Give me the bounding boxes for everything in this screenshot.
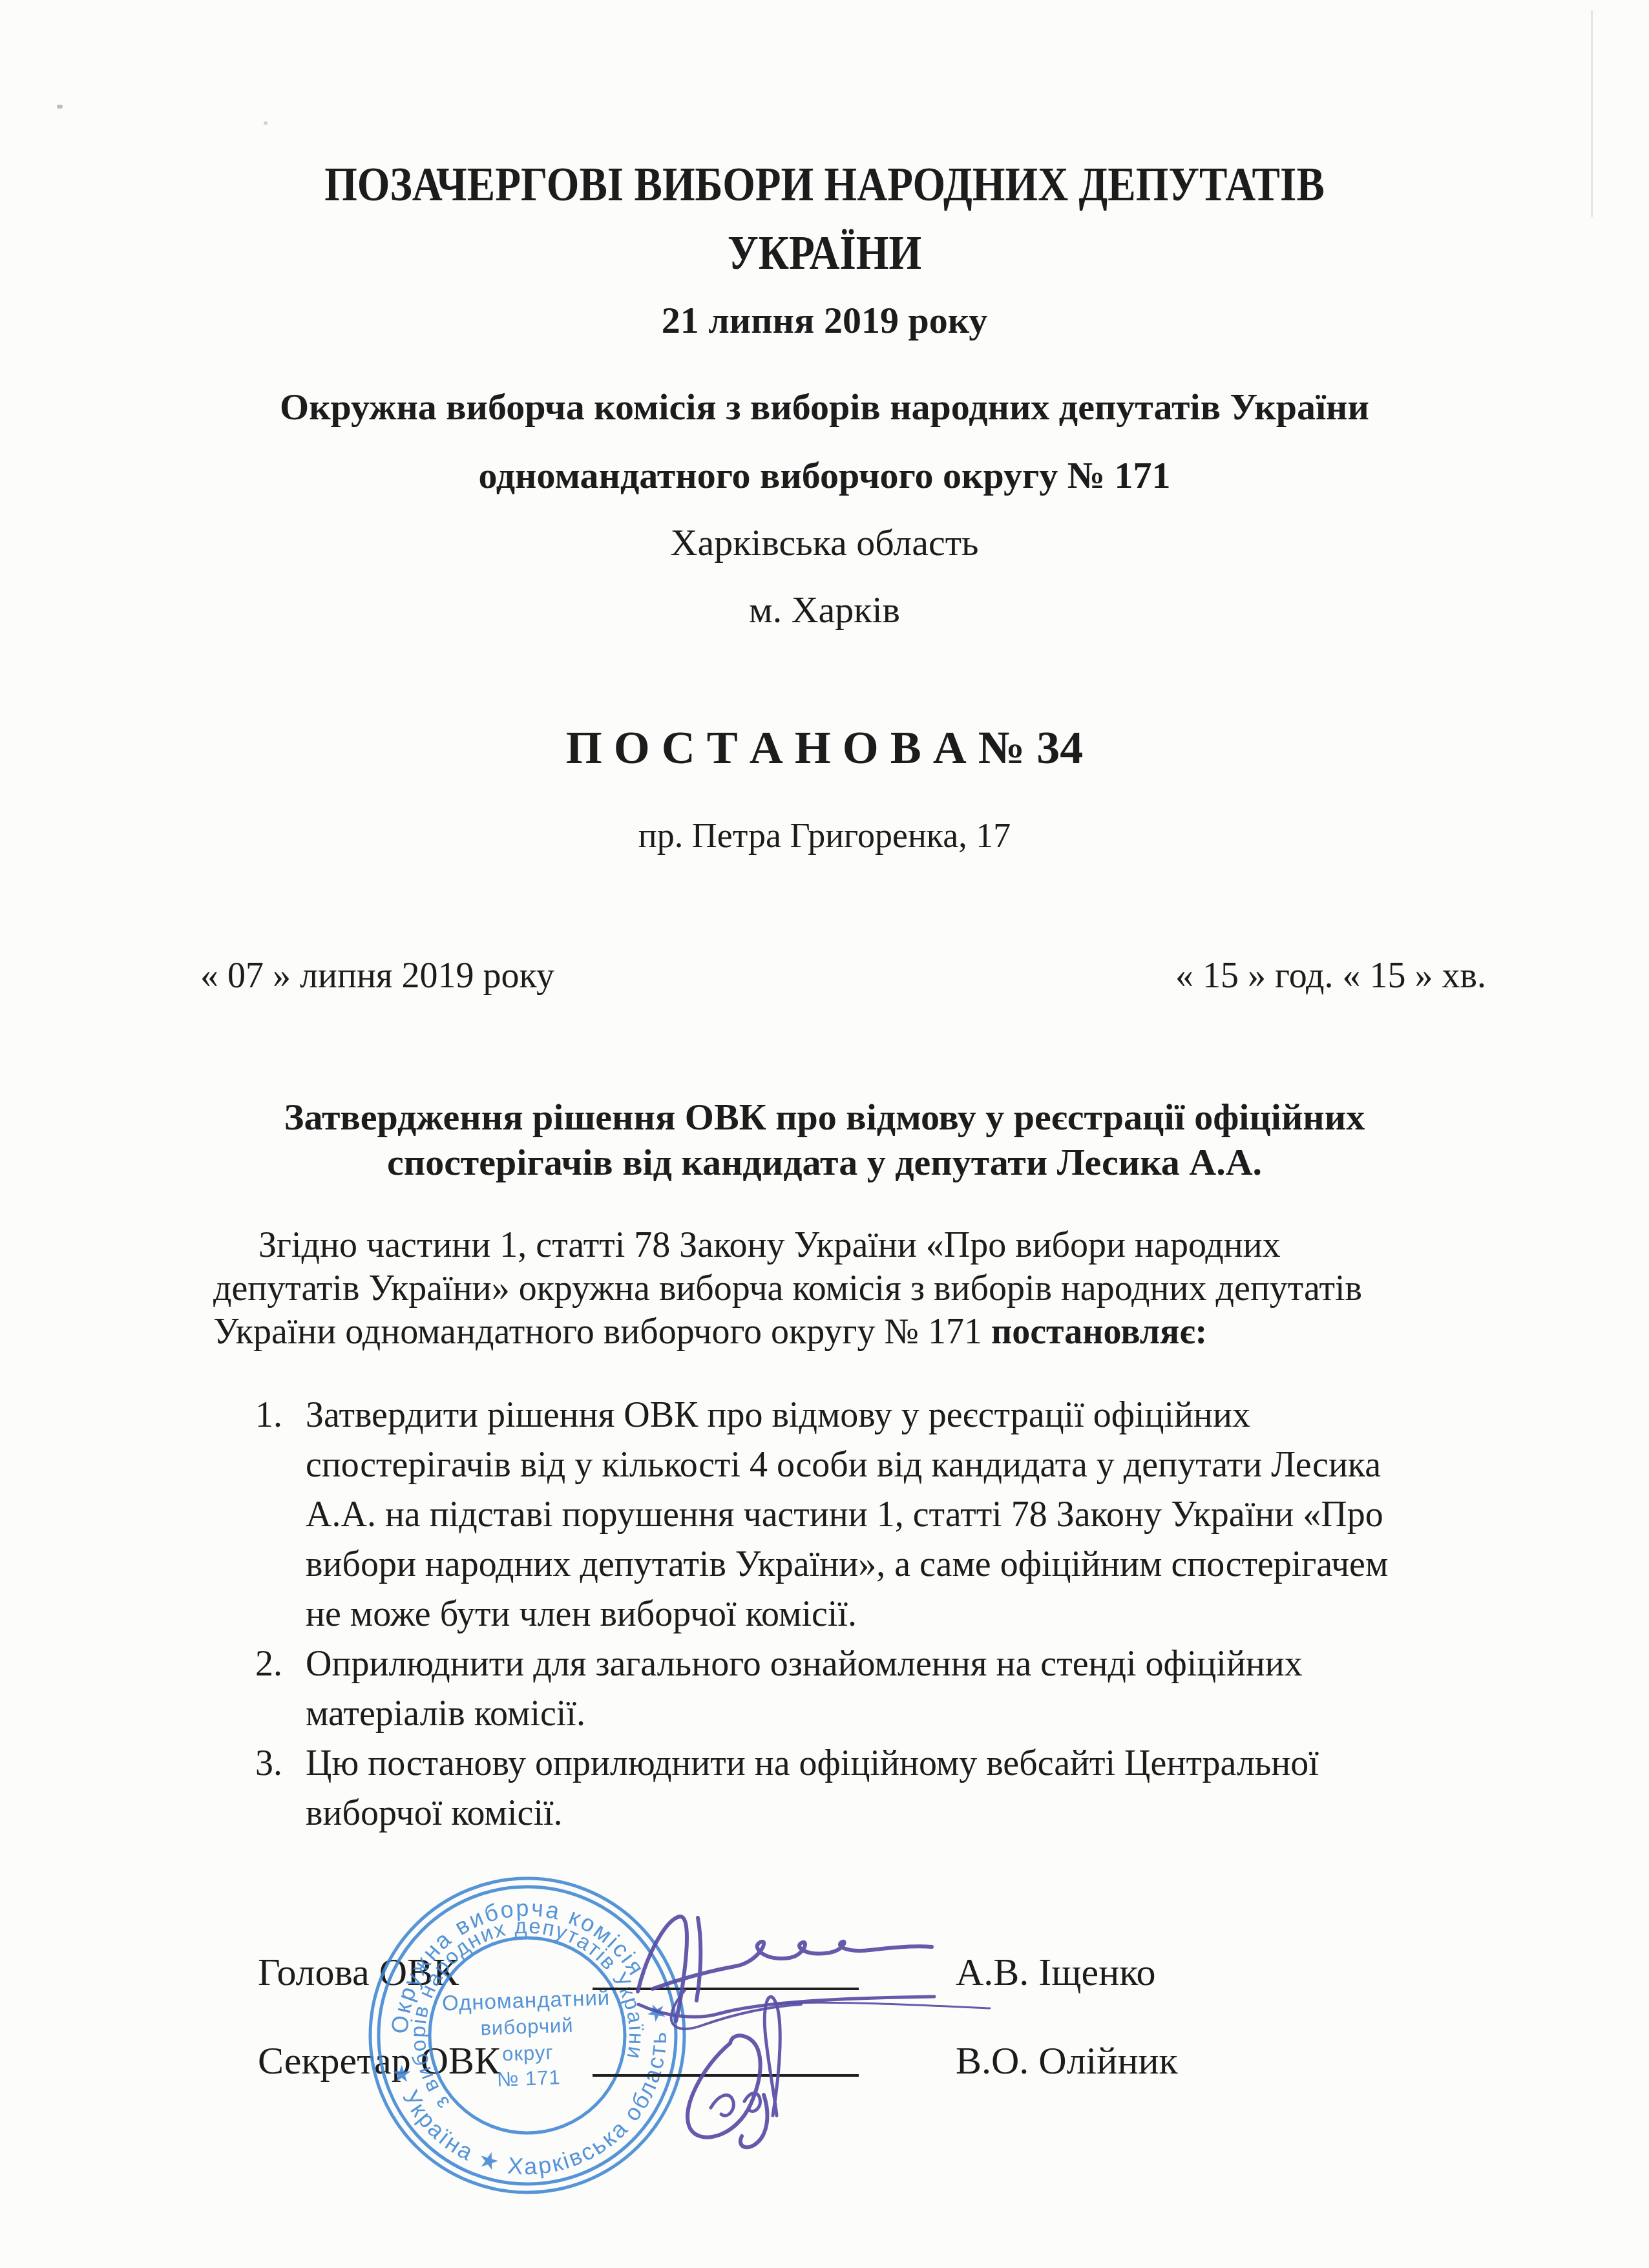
list-item-1-line-2: спостерігачів від у кількості 4 особи ві… (255, 1440, 1457, 1490)
stamp-center-line-1: Одномандатний (441, 1986, 610, 2015)
signature-ink-secretary (688, 1997, 990, 2147)
document-time: « 15 » год. « 15 » хв. (1175, 955, 1486, 996)
intro-line-3-text: України одномандатного виборчого округу … (213, 1312, 982, 1352)
list-item-1: 1.Затвердити рішення ОВК про відмову у р… (255, 1391, 1457, 1440)
list-item-3-number: 3. (255, 1739, 282, 1789)
list-item-3-line-1: Цю постанову оприлюднити на офіційному в… (306, 1743, 1319, 1783)
scanned-document-page: { "doc": { "header": { "line1": "ПОЗАЧЕР… (0, 0, 1649, 2268)
list-item-1-line-3: А.А. на підставі порушення частини 1, ст… (255, 1490, 1457, 1540)
election-date-line: 21 липня 2019 року (0, 299, 1649, 342)
list-item-1-line-5: не може бути член виборчої комісії. (255, 1590, 1457, 1639)
subject-line-2: спостерігачів від кандидата у депутати Л… (0, 1140, 1649, 1185)
list-item-1-line-4: вибори народних депутатів України», а са… (255, 1540, 1457, 1590)
region-line: Харківська область (0, 521, 1649, 564)
list-item-2-number: 2. (255, 1639, 282, 1689)
resolution-list: 1.Затвердити рішення ОВК про відмову у р… (255, 1391, 1457, 1838)
commission-name-line-2: одномандатного виборчого округу № 171 (0, 454, 1649, 497)
stamp-center-line-2: виборчий (480, 2014, 574, 2040)
intro-line-2: депутатів України» окружна виборча коміс… (213, 1267, 1499, 1310)
commission-name-line-1: Окружна виборча комісія з виборів народн… (0, 385, 1649, 428)
intro-line-3-bold: постановляє: (991, 1312, 1207, 1352)
list-item-2: 2.Оприлюднити для загального ознайомленн… (255, 1639, 1457, 1689)
list-item-1-line-1: Затвердити рішення ОВК про відмову у реє… (306, 1395, 1250, 1435)
list-item-2-line-2: матеріалів комісії. (255, 1689, 1457, 1739)
stamp-center-line-4: № 171 (496, 2066, 561, 2090)
official-round-stamp: Окружна виборча комісія з виборів народн… (353, 1864, 702, 2210)
subject-line-1: Затвердження рішення ОВК про відмову у р… (0, 1095, 1649, 1140)
document-header: ПОЗАЧЕРГОВІ ВИБОРИ НАРОДНИХ ДЕПУТАТІВ УК… (99, 151, 1550, 288)
list-item-3: 3.Цю постанову оприлюднити на офіційному… (255, 1739, 1457, 1789)
list-item-2-line-1: Оприлюднити для загального ознайомлення … (306, 1644, 1303, 1684)
scan-speck (57, 105, 63, 109)
city-line: м. Харків (0, 588, 1649, 631)
subject-title: Затвердження рішення ОВК про відмову у р… (0, 1095, 1649, 1185)
stamp-and-signatures-layer: Окружна виборча комісія з виборів народн… (349, 1854, 1021, 2210)
intro-line-1: Згідно частини 1, статті 78 Закону Украї… (213, 1224, 1499, 1267)
intro-paragraph: Згідно частини 1, статті 78 Закону Украї… (213, 1224, 1499, 1354)
resolution-number-title: П О С Т А Н О В А № 34 (0, 721, 1649, 775)
list-item-3-line-2: виборчої комісії. (255, 1789, 1457, 1838)
list-item-1-number: 1. (255, 1391, 282, 1440)
intro-line-3: України одномандатного виборчого округу … (213, 1310, 1499, 1354)
scan-speck (264, 121, 268, 125)
address-line: пр. Петра Григоренка, 17 (0, 815, 1649, 856)
document-date: « 07 » липня 2019 року (200, 955, 554, 996)
header-line-1: ПОЗАЧЕРГОВІ ВИБОРИ НАРОДНИХ ДЕПУТАТІВ (99, 151, 1550, 219)
date-time-row: « 07 » липня 2019 року « 15 » год. « 15 … (200, 955, 1486, 996)
header-line-2: УКРАЇНИ (99, 219, 1550, 288)
stamp-center-line-3: округ (502, 2041, 554, 2066)
scan-edge-artifact (1591, 10, 1593, 217)
